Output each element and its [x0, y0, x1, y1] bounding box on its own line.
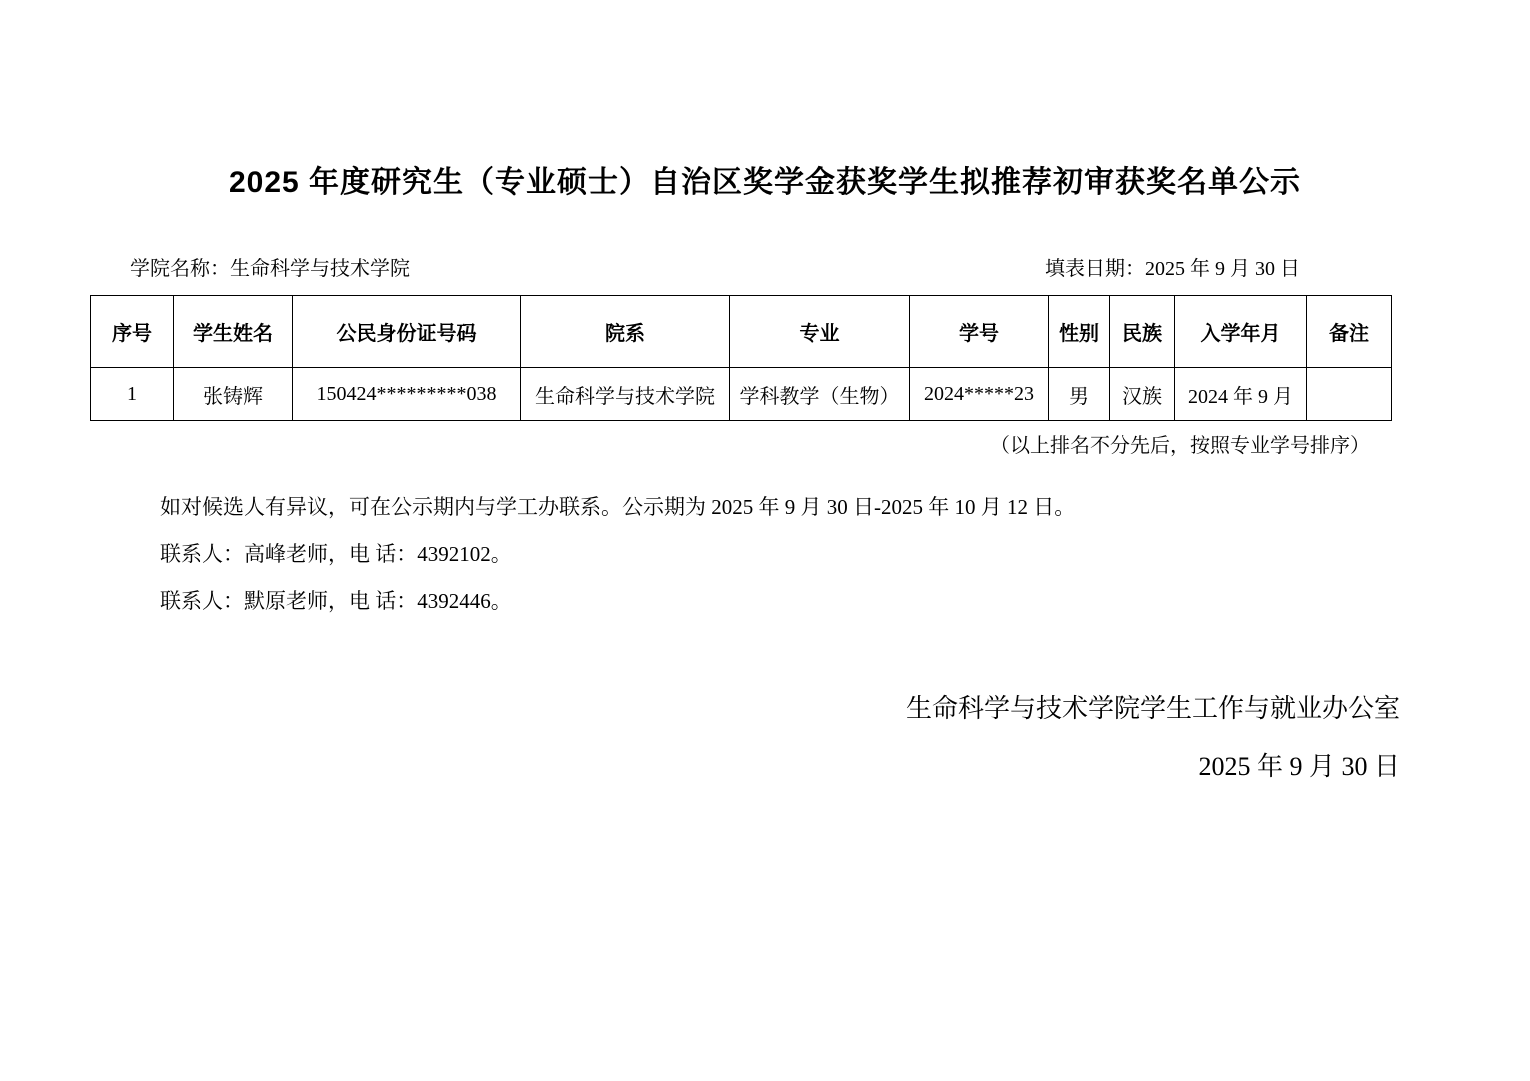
- header-student-name: 学生姓名: [174, 296, 293, 368]
- cell-index: 1: [91, 368, 174, 421]
- header-major: 专业: [730, 296, 910, 368]
- college-name-label: 学院名称：生命科学与技术学院: [130, 255, 410, 283]
- cell-ethnicity: 汉族: [1110, 368, 1175, 421]
- cell-enrollment-date: 2024 年 9 月: [1175, 368, 1307, 421]
- meta-row: 学院名称：生命科学与技术学院 填表日期：2025 年 9 月 30 日: [130, 255, 1300, 283]
- header-gender: 性别: [1049, 296, 1110, 368]
- signature-office: 生命科学与技术学院学生工作与就业办公室: [0, 691, 1400, 727]
- cell-student-id: 2024*****23: [910, 368, 1049, 421]
- cell-department: 生命科学与技术学院: [521, 368, 730, 421]
- header-department: 院系: [521, 296, 730, 368]
- cell-student-name: 张铸辉: [174, 368, 293, 421]
- header-student-id: 学号: [910, 296, 1049, 368]
- contact-line-1: 联系人：高峰老师，电 话：4392102。: [160, 540, 1410, 568]
- signature-date: 2025 年 9 月 30 日: [0, 749, 1400, 785]
- header-ethnicity: 民族: [1110, 296, 1175, 368]
- objection-notice: 如对候选人有异议，可在公示期内与学工办联系。公示期为 2025 年 9 月 30…: [160, 493, 1410, 521]
- page-title: 2025 年度研究生（专业硕士）自治区奖学金获奖学生拟推荐初审获奖名单公示: [0, 0, 1530, 203]
- cell-major: 学科教学（生物）: [730, 368, 910, 421]
- header-id-number: 公民身份证号码: [293, 296, 521, 368]
- signature-block: 生命科学与技术学院学生工作与就业办公室 2025 年 9 月 30 日: [0, 691, 1400, 785]
- cell-gender: 男: [1049, 368, 1110, 421]
- fill-date-label: 填表日期：2025 年 9 月 30 日: [1045, 255, 1300, 283]
- cell-id-number: 150424*********038: [293, 368, 521, 421]
- table-header-row: 序号 学生姓名 公民身份证号码 院系 专业 学号 性别 民族 入学年月 备注: [91, 296, 1392, 368]
- award-list-table: 序号 学生姓名 公民身份证号码 院系 专业 学号 性别 民族 入学年月 备注 1…: [90, 295, 1392, 421]
- header-index: 序号: [91, 296, 174, 368]
- header-remarks: 备注: [1307, 296, 1392, 368]
- ranking-note: （以上排名不分先后，按照专业学号排序）: [0, 431, 1370, 461]
- cell-remarks: [1307, 368, 1392, 421]
- header-enrollment-date: 入学年月: [1175, 296, 1307, 368]
- table-row: 1 张铸辉 150424*********038 生命科学与技术学院 学科教学（…: [91, 368, 1392, 421]
- document-page: 2025 年度研究生（专业硕士）自治区奖学金获奖学生拟推荐初审获奖名单公示 学院…: [0, 0, 1530, 1081]
- notice-section: 如对候选人有异议，可在公示期内与学工办联系。公示期为 2025 年 9 月 30…: [160, 493, 1410, 615]
- contact-line-2: 联系人：默原老师，电 话：4392446。: [160, 587, 1410, 615]
